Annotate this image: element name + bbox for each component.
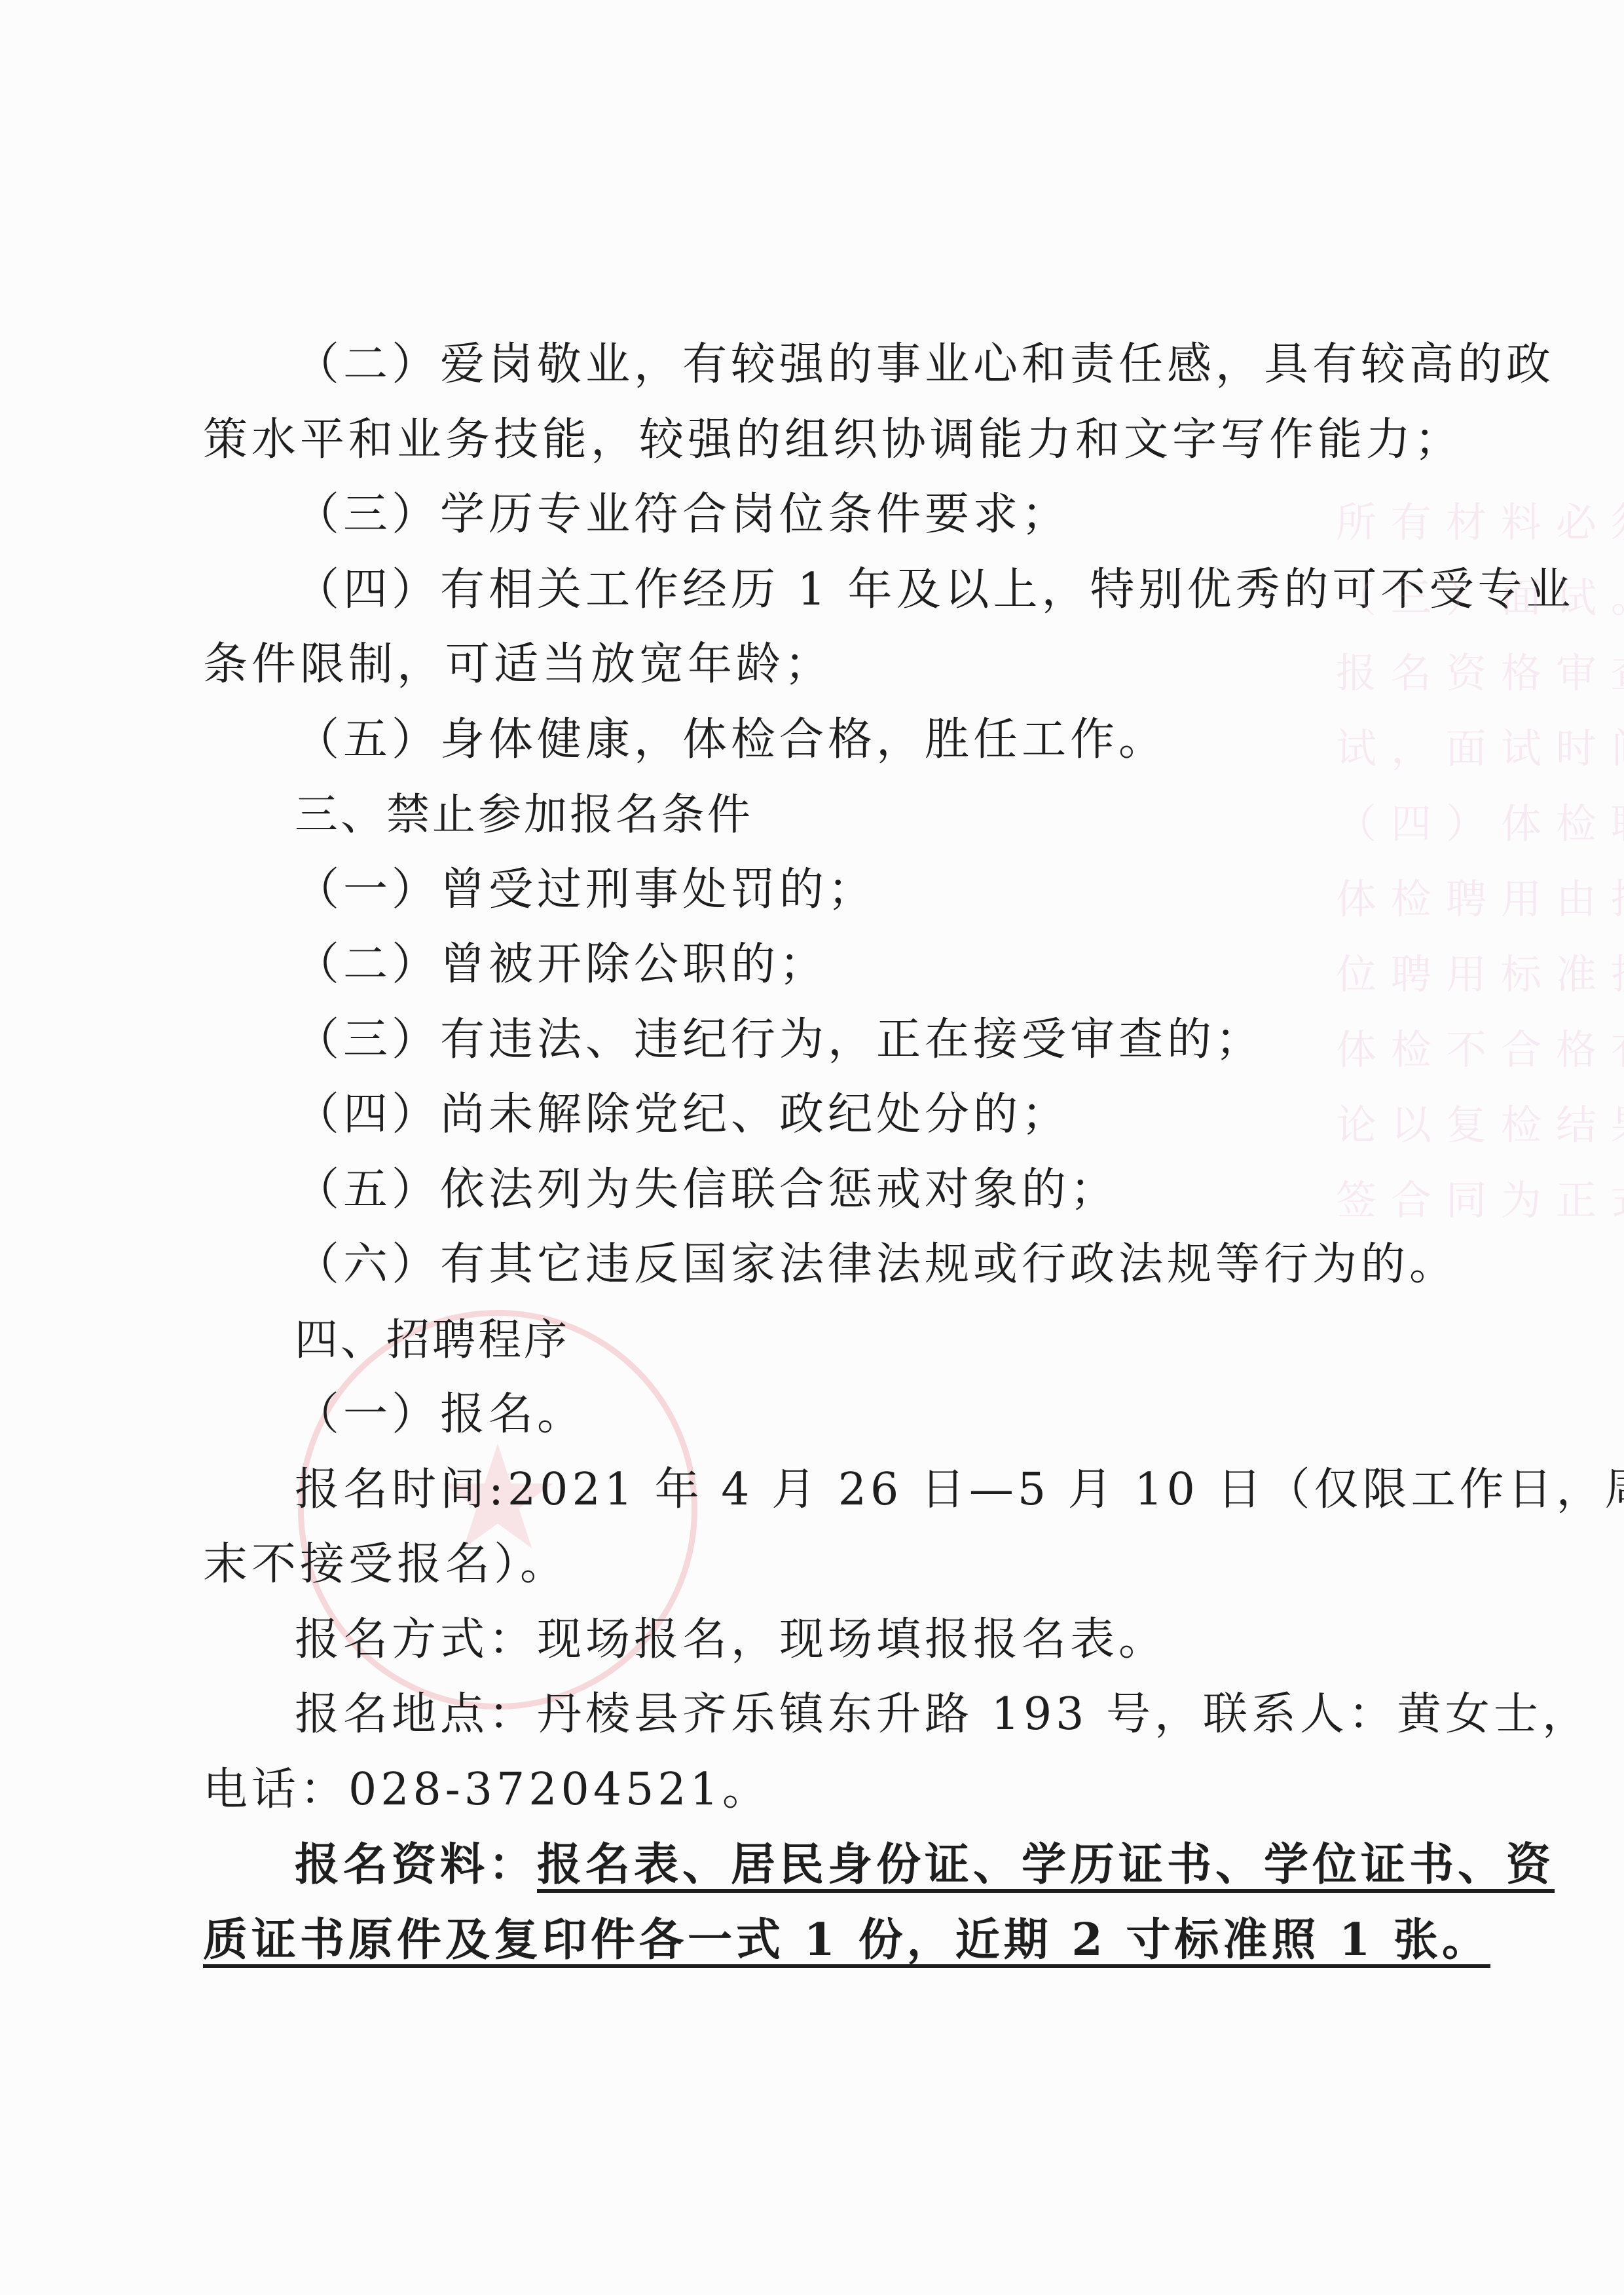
document-body: （二）爱岗敬业，有较强的事业心和责任感，具有较高的政 策水平和业务技能，较强的组… bbox=[203, 327, 1421, 1977]
registration-materials-line-2: 质证书原件及复印件各一式 1 份，近期 2 寸标准照 1 张。 bbox=[203, 1903, 1421, 1978]
registration-location-line-1: 报名地点：丹棱县齐乐镇东升路 193 号，联系人：黄女士， bbox=[203, 1677, 1421, 1753]
qualification-2-line-2: 策水平和业务技能，较强的组织协调能力和文字写作能力； bbox=[203, 403, 1421, 478]
section-4-heading: 四、招聘程序 bbox=[203, 1303, 1421, 1378]
prohibition-item-5: （五）依法列为失信联合惩戒对象的； bbox=[203, 1153, 1421, 1228]
registration-subheading: （一）报名。 bbox=[203, 1377, 1421, 1453]
qualification-3: （三）学历专业符合岗位条件要求； bbox=[203, 477, 1421, 553]
materials-list-part-1: 报名表、居民身份证、学历证书、学位证书、资 bbox=[537, 1838, 1555, 1891]
qualification-4-line-2: 条件限制，可适当放宽年龄； bbox=[203, 627, 1421, 703]
qualification-4-line-1: （四）有相关工作经历 1 年及以上，特别优秀的可不受专业 bbox=[203, 553, 1421, 628]
section-3-heading: 三、禁止参加报名条件 bbox=[203, 777, 1421, 853]
document-page: ★ （二）爱岗敬业，有较强的事业心和责任感，具有较高的政 策水平和业务技能，较强… bbox=[0, 0, 1624, 2295]
prohibition-item-3: （三）有违法、违纪行为，正在接受审查的； bbox=[203, 1003, 1421, 1078]
prohibition-item-1: （一）曾受过刑事处罚的； bbox=[203, 853, 1421, 928]
prohibition-item-4: （四）尚未解除党纪、政纪处分的； bbox=[203, 1077, 1421, 1153]
registration-location-line-2: 电话：028-37204521。 bbox=[203, 1753, 1421, 1828]
materials-list-part-2: 质证书原件及复印件各一式 1 份，近期 2 寸标准照 1 张。 bbox=[203, 1914, 1490, 1966]
registration-method: 报名方式：现场报名，现场填报报名表。 bbox=[203, 1603, 1421, 1678]
prohibition-item-6: （六）有其它违反国家法律法规或行政法规等行为的。 bbox=[203, 1227, 1421, 1303]
registration-time-line-2: 末不接受报名）。 bbox=[203, 1527, 1421, 1603]
qualification-2-line-1: （二）爱岗敬业，有较强的事业心和责任感，具有较高的政 bbox=[203, 327, 1421, 403]
registration-materials-line-1: 报名资料：报名表、居民身份证、学历证书、学位证书、资 bbox=[203, 1827, 1421, 1903]
prohibition-item-2: （二）曾被开除公职的； bbox=[203, 927, 1421, 1003]
registration-time-line-1: 报名时间:2021 年 4 月 26 日—5 月 10 日（仅限工作日，周 bbox=[203, 1453, 1421, 1528]
materials-label: 报名资料： bbox=[295, 1838, 537, 1891]
qualification-5: （五）身体健康，体检合格，胜任工作。 bbox=[203, 703, 1421, 778]
